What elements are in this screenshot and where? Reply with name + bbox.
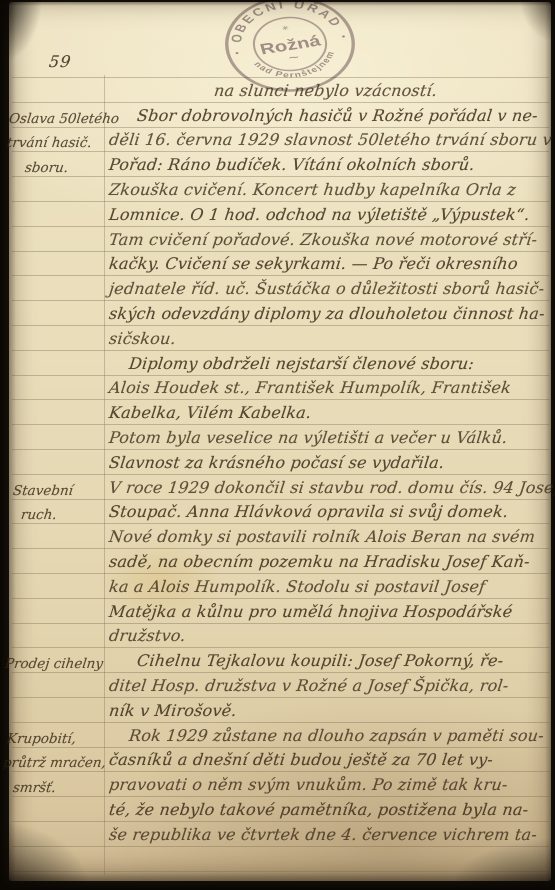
handwritten-line: V roce 1929 dokončil si stavbu rod. domu… — [108, 478, 555, 501]
handwritten-line: ka a Alois Humpolík. Stodolu si postavil… — [108, 577, 484, 600]
handwritten-line: Lomnice. O 1 hod. odchod na výletiště „V… — [108, 205, 529, 228]
margin-note: ruch. — [20, 504, 56, 527]
handwritten-line: Potom byla veselice na výletišti a večer… — [108, 428, 506, 451]
handwritten-line: kačky. Cvičení se sekyrkami. — Po řeči o… — [108, 254, 517, 277]
page-number: 59 — [48, 52, 70, 75]
handwritten-line: sičskou. — [108, 329, 175, 352]
margin-note: trvání hasič. — [6, 132, 91, 155]
handwritten-line: Tam cvičení pořadové. Zkouška nové motor… — [108, 230, 536, 253]
handwritten-line: Stoupač. Anna Hlávková opravila si svůj … — [108, 502, 507, 525]
margin-note: Krupobití, — [6, 728, 75, 751]
handwritten-line: té, že nebylo takové pamětníka, postižen… — [108, 800, 527, 823]
handwritten-line: ditel Hosp. družstva v Rožné a Josef Špi… — [108, 676, 507, 699]
rule-line — [12, 871, 549, 872]
handwritten-line: jednatele říd. uč. Šustáčka o důležitost… — [108, 279, 543, 302]
rule-line — [12, 647, 549, 648]
handwritten-line: Sbor dobrovolných hasičů v Rožné pořádal… — [136, 106, 537, 129]
handwritten-line: pravovati o něm svým vnukům. Po zimě tak… — [108, 775, 507, 798]
handwritten-line: ských odevzdány diplomy za dlouholetou č… — [108, 304, 544, 327]
handwritten-line: še republika ve čtvrtek dne 4. července … — [108, 825, 536, 848]
handwritten-line: Pořad: Ráno budíček. Vítání okolních sbo… — [108, 155, 474, 178]
handwritten-line: Alois Houdek st., František Humpolík, Fr… — [108, 378, 510, 401]
handwritten-line: družstvo. — [108, 626, 185, 649]
margin-note: sboru. — [24, 157, 67, 180]
chronicle-page: 59 OBECNÍ ÚŘAD nad Pernštejnem Rožná ✳ ~… — [0, 0, 555, 890]
handwritten-line: děli 16. června 1929 slavnost 50letého t… — [108, 130, 555, 153]
handwritten-line: Matějka a kůlnu pro umělá hnojiva Hospod… — [108, 602, 511, 625]
stamp-bottom-ornament-icon: ~ — [287, 50, 301, 66]
handwritten-line: Zkouška cvičení. Koncert hudby kapelníka… — [108, 180, 515, 203]
handwritten-line: Kabelka, Vilém Kabelka. — [108, 403, 310, 426]
handwritten-line: Slavnost za krásného počasí se vydařila. — [108, 453, 443, 476]
stamp-right-ornament-icon: • — [340, 32, 346, 42]
handwritten-line: Rok 1929 zůstane na dlouho zapsán v pamě… — [128, 726, 543, 749]
margin-note: průtrž mračen, — [2, 752, 105, 775]
stamp-left-ornament-icon: • — [234, 49, 240, 59]
handwritten-line: Cihelnu Tejkalovu koupili: Josef Pokorný… — [136, 651, 502, 674]
handwritten-line: sadě, na obecním pozemku na Hradisku Jos… — [108, 552, 529, 575]
handwritten-line: ník v Mirošově. — [108, 701, 236, 724]
margin-note: smršť. — [12, 777, 55, 800]
handwritten-line: na slunci nebylo vzácností. — [213, 81, 436, 104]
handwritten-line: Diplomy obdrželi nejstarší členové sboru… — [128, 354, 473, 377]
stamp-top-ornament-icon: ✳ — [281, 24, 291, 33]
margin-note: Prodej cihelny — [4, 653, 102, 676]
handwritten-line: Nové domky si postavili rolník Alois Ber… — [108, 527, 534, 550]
margin-note: Oslava 50letého — [8, 108, 118, 131]
rule-line — [12, 722, 549, 723]
handwritten-line: časníků a dnešní děti budou ještě za 70 … — [108, 750, 492, 773]
rule-line — [12, 350, 549, 351]
margin-note: Stavební — [12, 480, 72, 503]
